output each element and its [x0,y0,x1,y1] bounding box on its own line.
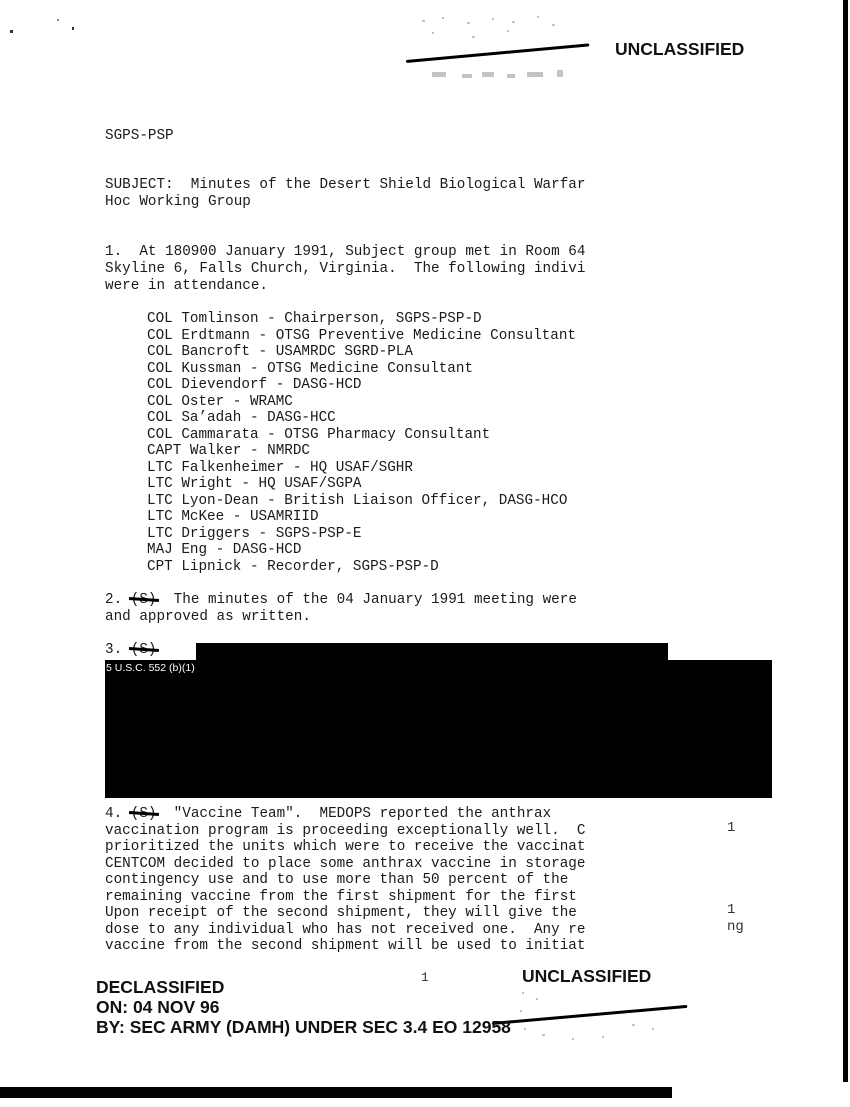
margin-text-fragment: 1 [727,820,735,836]
attendee-item: COL Tomlinson - Chairperson, SGPS-PSP-D [147,311,482,328]
para4-line: prioritized the units which were to rece… [105,839,585,856]
footer-classification: UNCLASSIFIED [522,966,651,987]
margin-text-fragment: 1 [727,902,735,918]
para4-line: remaining vaccine from the first shipmen… [105,889,577,906]
struck-classification-marking: (S) [131,592,157,609]
attendee-item: LTC Lyon-Dean - British Liaison Officer,… [147,493,567,510]
attendee-item: COL Bancroft - USAMRDC SGRD-PLA [147,344,413,361]
para-number: 3. [105,642,131,658]
header-classification: UNCLASSIFIED [615,39,744,60]
para3-line-1: 3. (S) [105,642,157,659]
attendee-item: COL Kussman - OTSG Medicine Consultant [147,361,473,378]
para4-line: vaccine from the second shipment will be… [105,938,585,955]
declassified-authority: BY: SEC ARMY (DAMH) UNDER SEC 3.4 EO 129… [96,1017,511,1038]
para-number: 4. [105,806,131,822]
struck-classification-marking: (S) [131,806,157,823]
attendee-item: LTC Wright - HQ USAF/SGPA [147,476,362,493]
para2-line-2: and approved as written. [105,609,311,626]
declassified-label: DECLASSIFIED [96,977,224,998]
attendee-item: CAPT Walker - NMRDC [147,443,310,460]
para4-line: Upon receipt of the second shipment, the… [105,905,577,922]
page-edge-border [843,0,848,1082]
redaction-block-top [196,643,668,661]
attendee-item: LTC Driggers - SGPS-PSP-E [147,526,362,543]
scan-speck [57,19,59,21]
redaction-block [105,660,772,798]
declassified-date: ON: 04 NOV 96 [96,997,220,1018]
para1-line: were in attendance. [105,278,268,295]
para4-line-1: 4. (S) "Vaccine Team". MEDOPS reported t… [105,806,551,823]
subject-line-2: Hoc Working Group [105,194,251,211]
margin-text-fragment: ng [727,919,744,935]
attendee-item: COL Cammarata - OTSG Pharmacy Consultant [147,427,490,444]
attendee-item: MAJ Eng - DASG-HCD [147,542,301,559]
page-number: 1 [421,970,429,985]
attendee-item: COL Sa’adah - DASG-HCC [147,410,336,427]
para2-text: The minutes of the 04 January 1991 meeti… [157,592,577,608]
redaction-exemption-label: 5 U.S.C. 552 (b)(1) [106,662,195,674]
para-number: 2. [105,592,131,608]
para4-line: contingency use and to use more than 50 … [105,872,568,889]
para4-text: "Vaccine Team". MEDOPS reported the anth… [157,806,552,822]
attendee-item: CPT Lipnick - Recorder, SGPS-PSP-D [147,559,439,576]
attendee-item: LTC McKee - USAMRIID [147,509,319,526]
page-bottom-edge-bar [0,1087,672,1098]
struck-classification-marking: (S) [131,642,157,659]
para4-line: vaccination program is proceeding except… [105,823,585,840]
para4-line: CENTCOM decided to place some anthrax va… [105,856,585,873]
attendee-item: LTC Falkenheimer - HQ USAF/SGHR [147,460,413,477]
office-symbol: SGPS-PSP [105,128,174,145]
para2-line-1: 2. (S) The minutes of the 04 January 199… [105,592,577,609]
attendee-item: COL Erdtmann - OTSG Preventive Medicine … [147,328,576,345]
scan-speck [10,30,13,33]
subject-line-1: SUBJECT: Minutes of the Desert Shield Bi… [105,177,585,194]
attendee-item: COL Dievendorf - DASG-HCD [147,377,362,394]
attendee-item: COL Oster - WRAMC [147,394,293,411]
para4-line: dose to any individual who has not recei… [105,922,585,939]
scan-speck [72,27,74,30]
para1-line: Skyline 6, Falls Church, Virginia. The f… [105,261,585,278]
para1-line: 1. At 180900 January 1991, Subject group… [105,244,585,261]
